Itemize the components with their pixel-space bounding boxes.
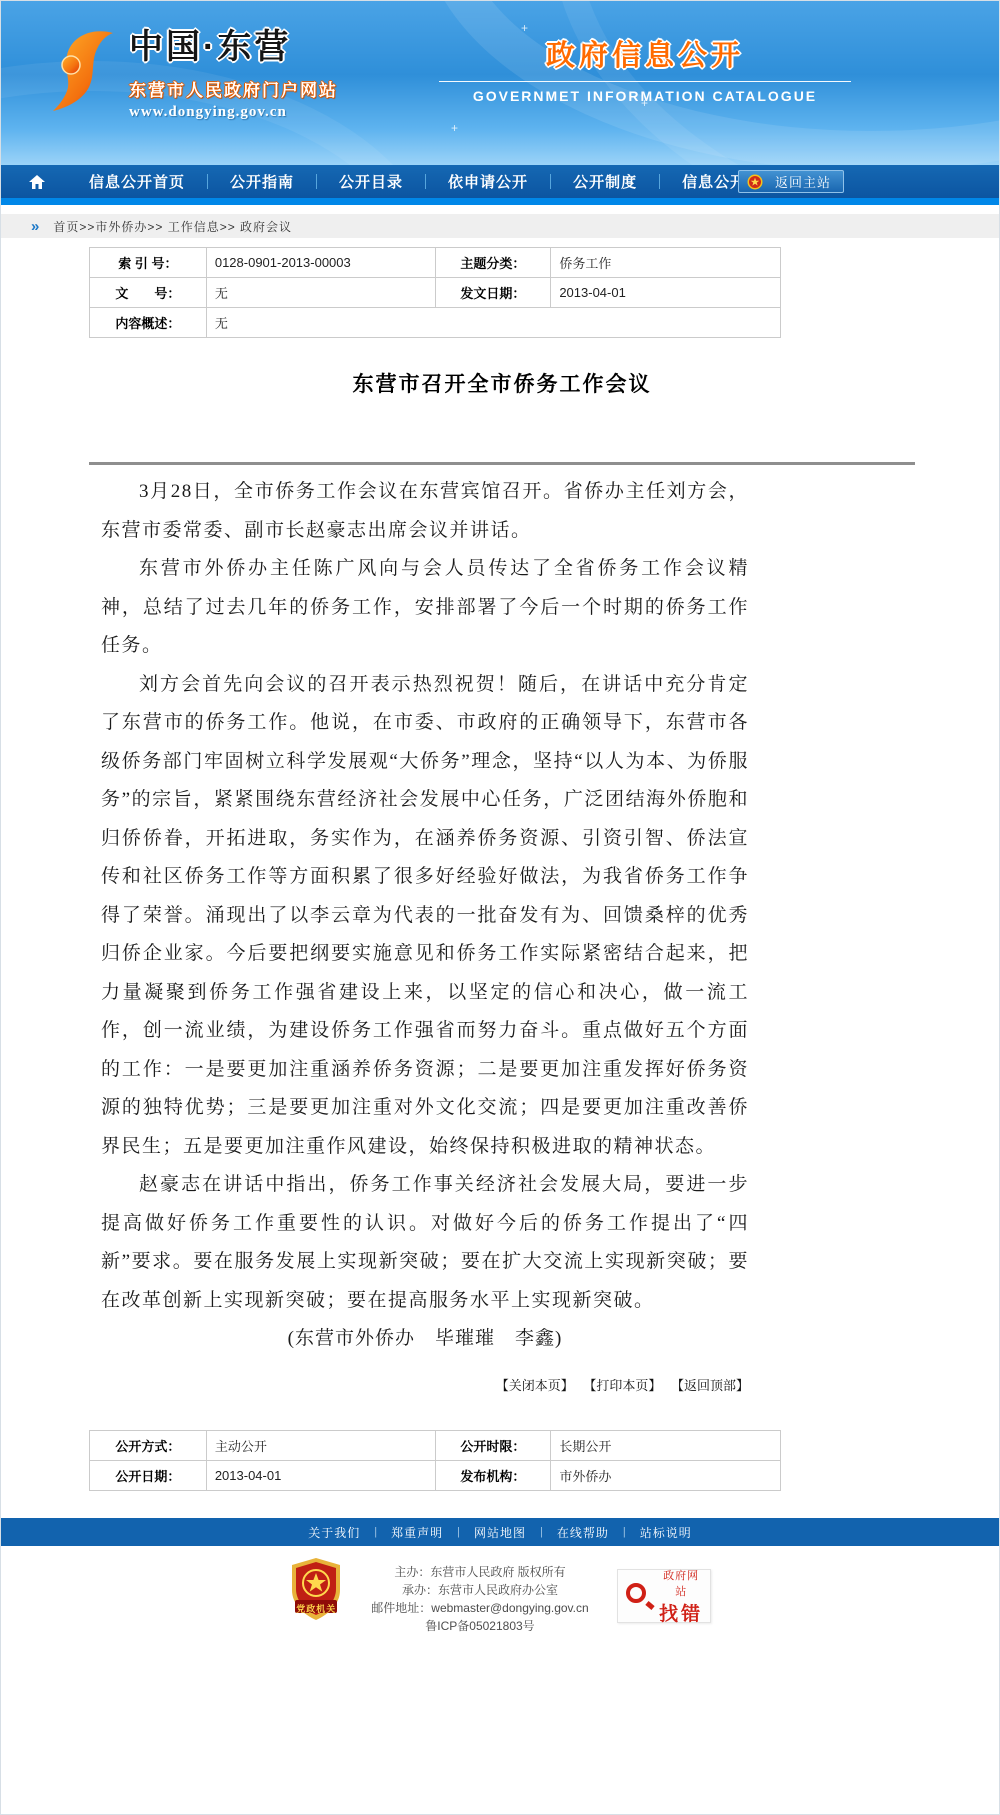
page-actions: 【关闭本页】 【打印本页】 【返回顶部】	[89, 1375, 749, 1394]
table-row: 公开方式： 主动公开 公开时限： 长期公开	[90, 1430, 781, 1460]
pub-value: 2013-04-01	[206, 1460, 435, 1490]
print-page-link[interactable]: 【打印本页】	[583, 1378, 661, 1393]
breadcrumb: » 首页>>市外侨办>> 工作信息>> 政府会议	[1, 214, 999, 238]
sparkle-decoration: +	[451, 121, 458, 135]
credit-line-icp: 鲁ICP备05021803号	[371, 1617, 588, 1635]
footer-link-help[interactable]: 在线帮助	[543, 1524, 623, 1541]
pub-value: 长期公开	[551, 1430, 781, 1460]
nav-item-apply[interactable]: 依申请公开	[426, 171, 550, 192]
party-government-badge[interactable]: 党政机关	[289, 1557, 343, 1621]
pub-value: 主动公开	[206, 1430, 435, 1460]
site-credits: 主办：东营市人民政府 版权所有 承办：东营市人民政府办公室 邮件地址：webma…	[371, 1563, 588, 1635]
website-error-report-badge[interactable]: 政府网站 找错	[617, 1569, 711, 1623]
meta-value: 0128-0901-2013-00003	[206, 248, 435, 278]
close-page-link[interactable]: 【关闭本页】	[496, 1378, 574, 1393]
article-title: 东营市召开全市侨务工作会议	[89, 368, 915, 398]
back-to-main-site-button[interactable]: 返回主站	[738, 170, 844, 193]
credit-line-sponsor: 主办：东营市人民政府 版权所有	[371, 1563, 588, 1581]
footer-link-statement[interactable]: 郑重声明	[377, 1524, 457, 1541]
meta-label: 索 引 号：	[90, 248, 207, 278]
pub-label: 公开日期：	[90, 1460, 207, 1490]
article-paragraph: 刘方会首先向会议的召开表示热烈祝贺！随后，在讲话中充分肯定了东营市的侨务工作。他…	[101, 666, 749, 1167]
nav-item-info-home[interactable]: 信息公开首页	[67, 171, 207, 192]
footer-link-sitemap[interactable]: 网站地图	[460, 1524, 540, 1541]
table-row: 公开日期： 2013-04-01 发布机构： 市外侨办	[90, 1460, 781, 1490]
meta-label: 主题分类：	[435, 248, 551, 278]
national-emblem-icon	[747, 174, 763, 190]
table-row: 内容概述： 无	[90, 308, 781, 338]
footer-link-about[interactable]: 关于我们	[294, 1524, 374, 1541]
nav-item-guide[interactable]: 公开指南	[208, 171, 316, 192]
article-divider	[89, 462, 915, 465]
article-paragraph: 东营市外侨办主任陈广风向与会人员传达了全省侨务工作会议精神，总结了过去几年的侨务…	[101, 550, 749, 666]
pub-label: 公开时限：	[435, 1430, 551, 1460]
publication-table-wrap: 公开方式： 主动公开 公开时限： 长期公开 公开日期： 2013-04-01 发…	[89, 1430, 999, 1491]
footer-link-bar: 关于我们 | 郑重声明 | 网站地图 | 在线帮助 | 站标说明	[1, 1518, 999, 1546]
accent-strip	[1, 198, 999, 205]
swoosh-logo-icon	[53, 25, 119, 113]
site-logo[interactable]: 中国·东营 东营市人民政府门户网站 www.dongying.gov.cn	[53, 19, 338, 121]
back-to-top-link[interactable]: 【返回顶部】	[671, 1378, 749, 1393]
meta-label: 文 号：	[90, 278, 207, 308]
site-name: 中国·东营	[129, 19, 338, 68]
document-meta-table: 索 引 号： 0128-0901-2013-00003 主题分类： 侨务工作 文…	[89, 247, 781, 338]
pub-value: 市外侨办	[551, 1460, 781, 1490]
table-row: 文 号： 无 发文日期： 2013-04-01	[90, 278, 781, 308]
breadcrumb-path[interactable]: 首页>>市外侨办>> 工作信息>> 政府会议	[53, 218, 292, 235]
meta-value: 无	[206, 308, 780, 338]
banner-divider	[439, 81, 851, 82]
home-icon[interactable]	[29, 175, 45, 189]
footer-link-logo-info[interactable]: 站标说明	[626, 1524, 706, 1541]
credit-line-operator: 承办：东营市人民政府办公室	[371, 1581, 588, 1599]
article-paragraph: 赵豪志在讲话中指出，侨务工作事关经济社会发展大局，要进一步提高做好侨务工作重要性…	[101, 1166, 749, 1320]
gov-badge-label: 党政机关	[295, 1602, 337, 1615]
nav-item-rules[interactable]: 公开制度	[551, 171, 659, 192]
magnifier-icon	[624, 1581, 654, 1611]
credit-line-email: 邮件地址：webmaster@dongying.gov.cn	[371, 1599, 588, 1617]
banner-title: 政府信息公开	[439, 33, 851, 74]
header-banner: + + + 中国·东营 东营市人民政府门户网站 www.dongying.gov…	[1, 1, 999, 165]
pub-label: 公开方式：	[90, 1430, 207, 1460]
table-row: 索 引 号： 0128-0901-2013-00003 主题分类： 侨务工作	[90, 248, 781, 278]
publication-info-table: 公开方式： 主动公开 公开时限： 长期公开 公开日期： 2013-04-01 发…	[89, 1430, 781, 1491]
footer-credits: 党政机关 主办：东营市人民政府 版权所有 承办：东营市人民政府办公室 邮件地址：…	[1, 1557, 999, 1635]
meta-label: 内容概述：	[90, 308, 207, 338]
meta-value: 2013-04-01	[551, 278, 781, 308]
catalogue-banner: 政府信息公开 GOVERNMET INFORMATION CATALOGUE	[439, 33, 851, 104]
site-caption: 东营市人民政府门户网站	[129, 76, 338, 101]
meta-value: 侨务工作	[551, 248, 781, 278]
article-body: 3月28日，全市侨务工作会议在东营宾馆召开。省侨办主任刘方会，东营市委常委、副市…	[101, 473, 749, 1320]
nav-item-catalogue[interactable]: 公开目录	[317, 171, 425, 192]
error-badge-line2: 找错	[659, 1599, 704, 1626]
pub-label: 发布机构：	[435, 1460, 551, 1490]
main-navbar: 信息公开首页 公开指南 公开目录 依申请公开 公开制度 信息公开意见箱 返回主站	[1, 165, 999, 198]
double-chevron-icon: »	[31, 219, 39, 234]
nav-items: 信息公开首页 公开指南 公开目录 依申请公开 公开制度 信息公开意见箱	[67, 171, 816, 192]
back-button-label: 返回主站	[763, 172, 843, 191]
banner-subtitle: GOVERNMET INFORMATION CATALOGUE	[439, 88, 851, 104]
main-content: 索 引 号： 0128-0901-2013-00003 主题分类： 侨务工作 文…	[1, 238, 999, 1491]
article-signature: (东营市外侨办 毕璀璀 李鑫)	[101, 1320, 749, 1359]
meta-value: 无	[206, 278, 435, 308]
page: + + + 中国·东营 东营市人民政府门户网站 www.dongying.gov…	[0, 0, 1000, 1815]
site-url: www.dongying.gov.cn	[129, 104, 338, 121]
error-badge-line1: 政府网站	[659, 1567, 704, 1599]
article-paragraph: 3月28日，全市侨务工作会议在东营宾馆召开。省侨办主任刘方会，东营市委常委、副市…	[101, 473, 749, 550]
meta-label: 发文日期：	[435, 278, 551, 308]
